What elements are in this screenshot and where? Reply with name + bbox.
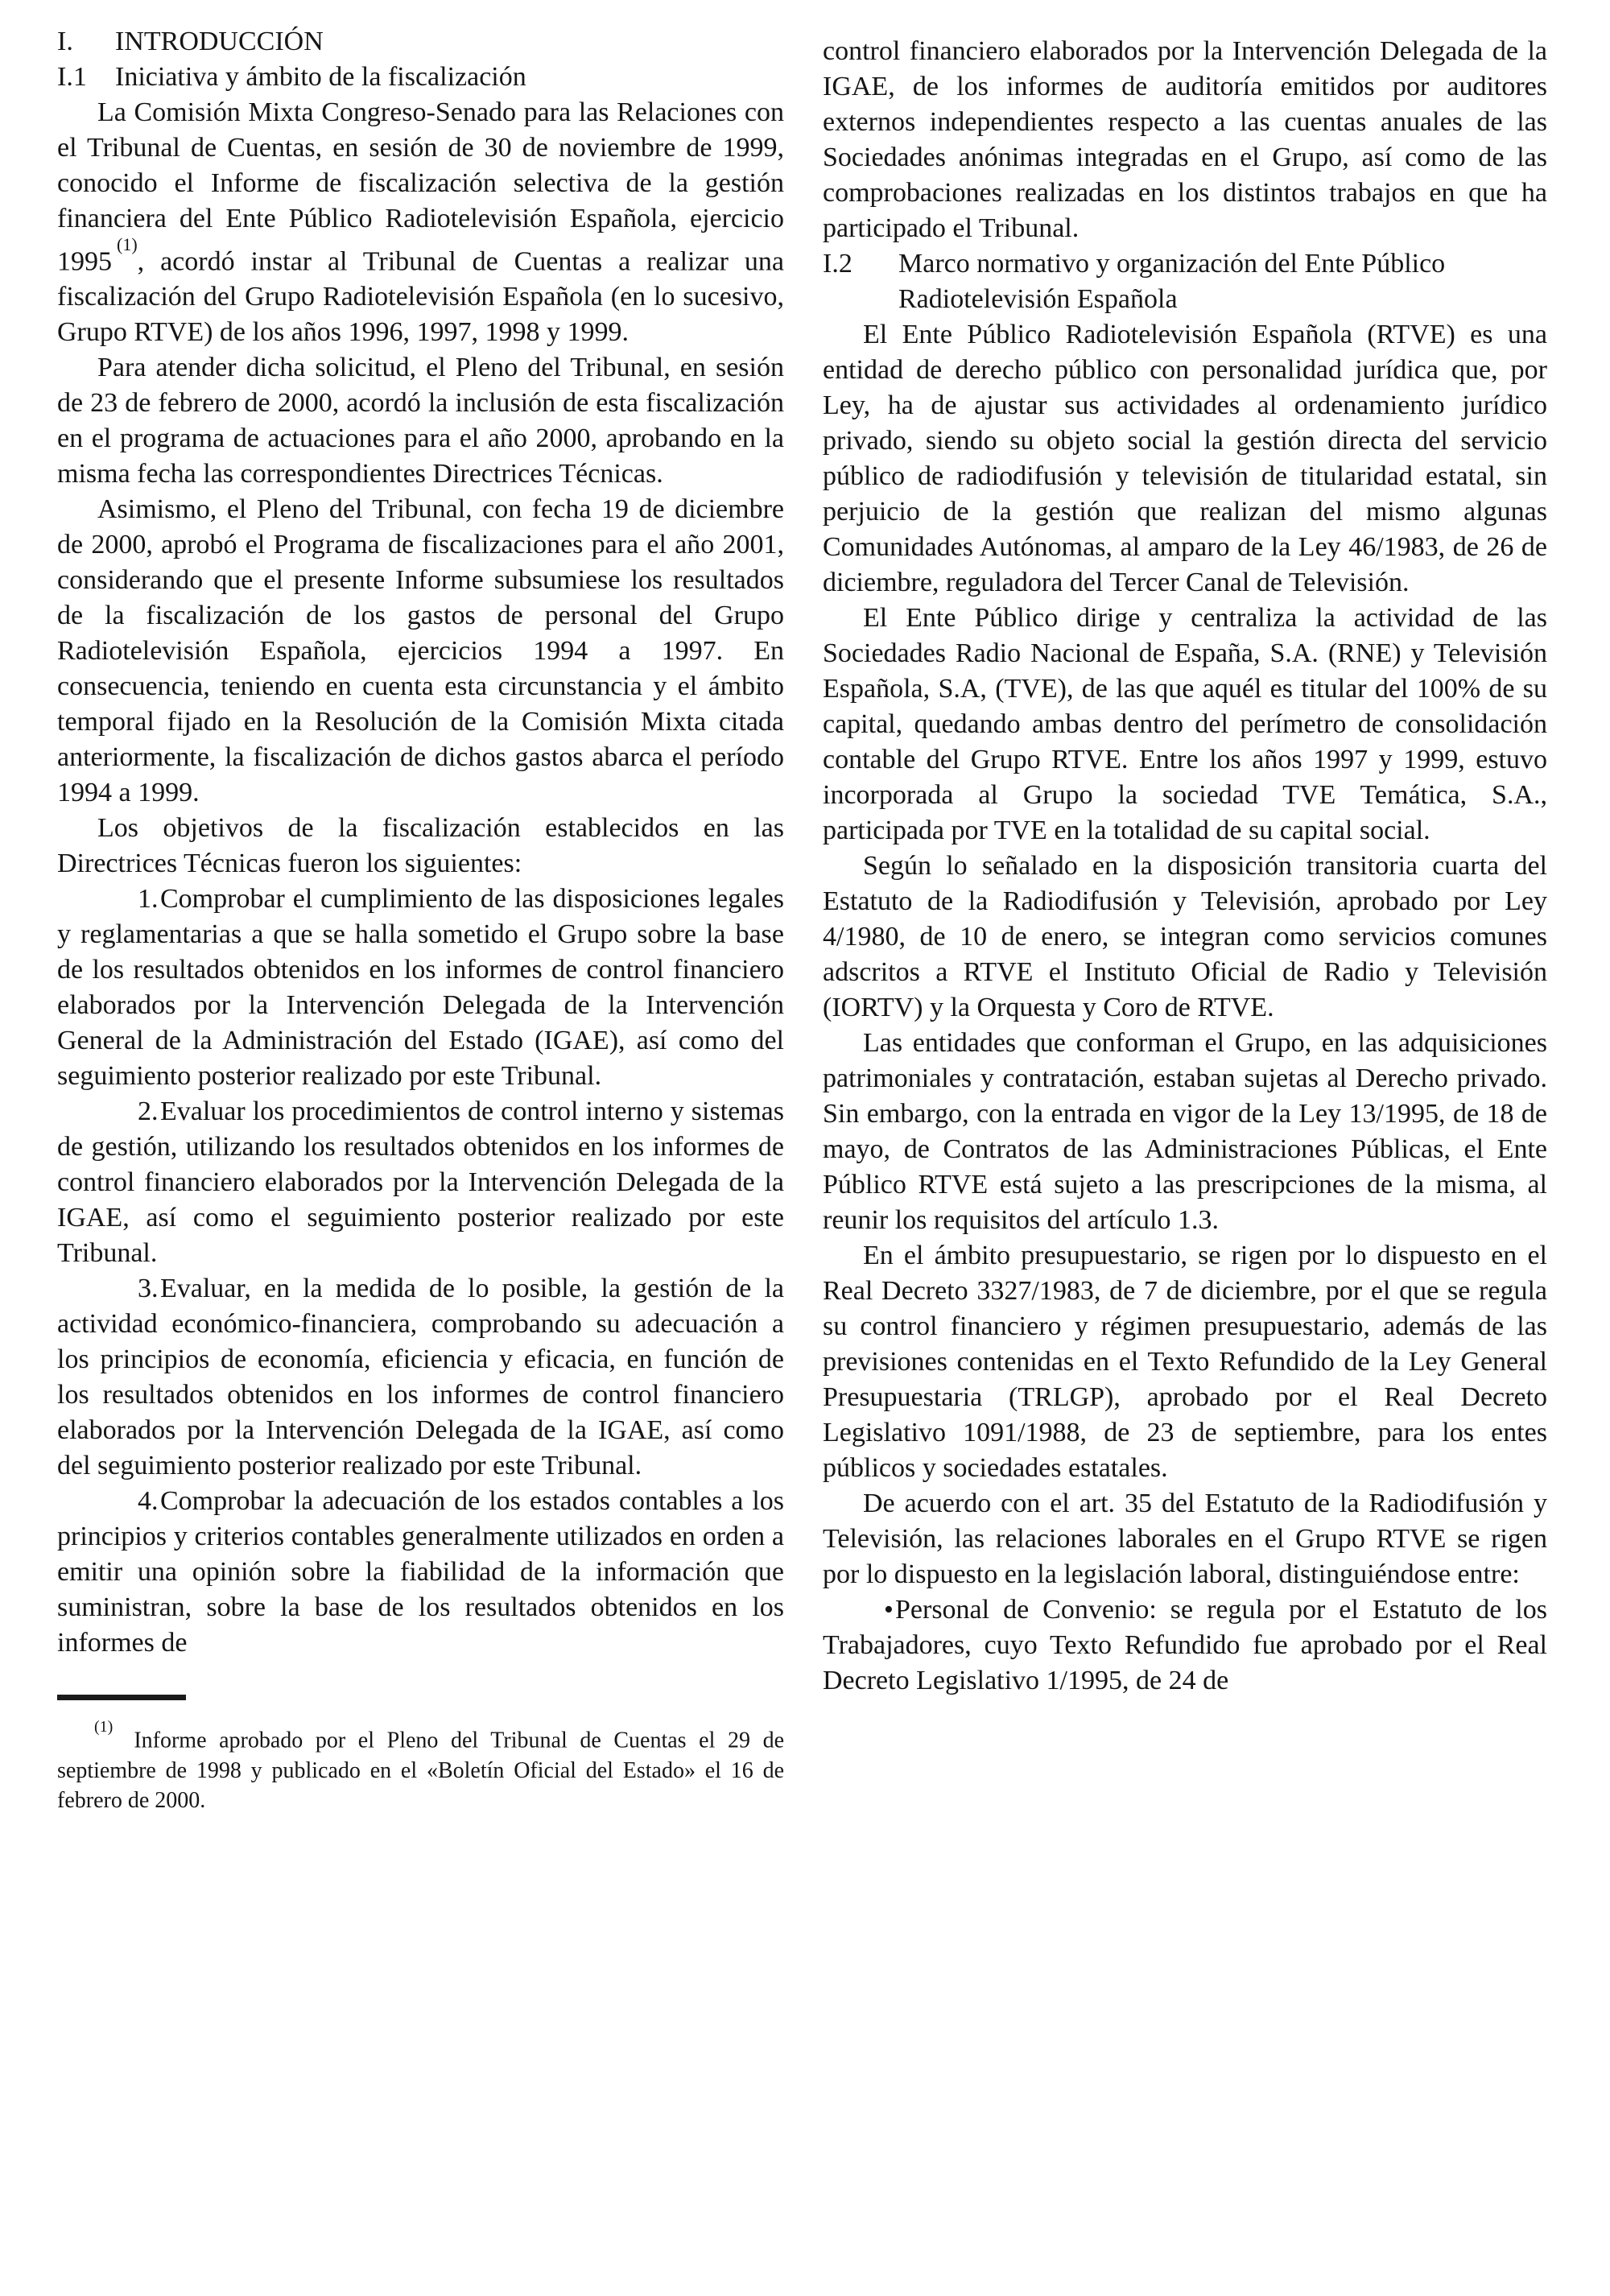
footnote-rule (57, 1695, 186, 1700)
footnote-reference: (1) (117, 234, 138, 254)
subsection-heading-i2: I.2Marco normativo y organización del En… (823, 246, 1547, 317)
paragraph: Los objetivos de la fiscalización establ… (57, 811, 784, 882)
footnote-paragraph: (1)Informe aprobado por el Pleno del Tri… (57, 1720, 784, 1815)
section-heading-title: INTRODUCCIÓN (115, 27, 324, 56)
objective-1-text: Comprobar el cumplimiento de las disposi… (57, 884, 784, 1091)
bullet-item-text: Personal de Convenio: se regula por el E… (823, 1595, 1547, 1695)
objective-2-number: 2. (97, 1094, 160, 1129)
paragraph: Para atender dicha solicitud, el Pleno d… (57, 350, 784, 492)
objective-item-4: 4.Comprobar la adecuación de los estados… (57, 1484, 784, 1661)
bullet-icon: • (853, 1592, 895, 1628)
paragraph: El Ente Público Radiotelevisión Española… (823, 317, 1547, 601)
subsection-i2-number: I.2 (823, 246, 898, 282)
objective-2-text: Evaluar los procedimientos de control in… (57, 1096, 784, 1268)
paragraph: Las entidades que conforman el Grupo, en… (823, 1026, 1547, 1238)
left-column: I.INTRODUCCIÓN I.1Iniciativa y ámbito de… (57, 24, 784, 1815)
paragraph: El Ente Público dirige y centraliza la a… (823, 601, 1547, 849)
right-column: control financiero elaborados por la Int… (823, 34, 1547, 1699)
objective-item-3: 3.Evaluar, en la medida de lo posible, l… (57, 1271, 784, 1484)
objective-4-number: 4. (97, 1484, 160, 1519)
paragraph: En el ámbito presupuestario, se rigen po… (823, 1238, 1547, 1486)
footnote: (1)Informe aprobado por el Pleno del Tri… (57, 1695, 784, 1815)
objective-1-number: 1. (97, 882, 160, 917)
subsection-i1-number: I.1 (57, 60, 115, 95)
subsection-heading-i1: I.1Iniciativa y ámbito de la fiscalizaci… (57, 60, 784, 95)
objective-4-text: Comprobar la adecuación de los estados c… (57, 1486, 784, 1658)
continuation-paragraph: control financiero elaborados por la Int… (823, 34, 1547, 246)
footnote-marker: (1) (94, 1718, 113, 1736)
objective-item-2: 2.Evaluar los procedimientos de control … (57, 1094, 784, 1271)
intro-paragraph: La Comisión Mixta Congreso-Senado para l… (57, 95, 784, 350)
footnote-text: Informe aprobado por el Pleno del Tribun… (57, 1728, 784, 1813)
paragraph: Asimismo, el Pleno del Tribunal, con fec… (57, 492, 784, 811)
objective-3-number: 3. (97, 1271, 160, 1307)
paragraph: De acuerdo con el art. 35 del Estatuto d… (823, 1486, 1547, 1592)
subsection-i1-title: Iniciativa y ámbito de la fiscalización (115, 62, 526, 92)
subsection-i2-title: Marco normativo y organización del Ente … (898, 249, 1445, 314)
objective-3-text: Evaluar, en la medida de lo posible, la … (57, 1274, 784, 1480)
section-heading-number: I. (57, 24, 115, 60)
intro-paragraph-text-after: , acordó instar al Tribunal de Cuentas a… (57, 246, 784, 347)
bullet-item: •Personal de Convenio: se regula por el … (823, 1592, 1547, 1699)
objective-item-1: 1.Comprobar el cumplimiento de las dispo… (57, 882, 784, 1094)
section-heading: I.INTRODUCCIÓN (57, 24, 784, 60)
paragraph: Según lo señalado en la disposición tran… (823, 849, 1547, 1026)
document-page: I.INTRODUCCIÓN I.1Iniciativa y ámbito de… (0, 0, 1610, 2296)
